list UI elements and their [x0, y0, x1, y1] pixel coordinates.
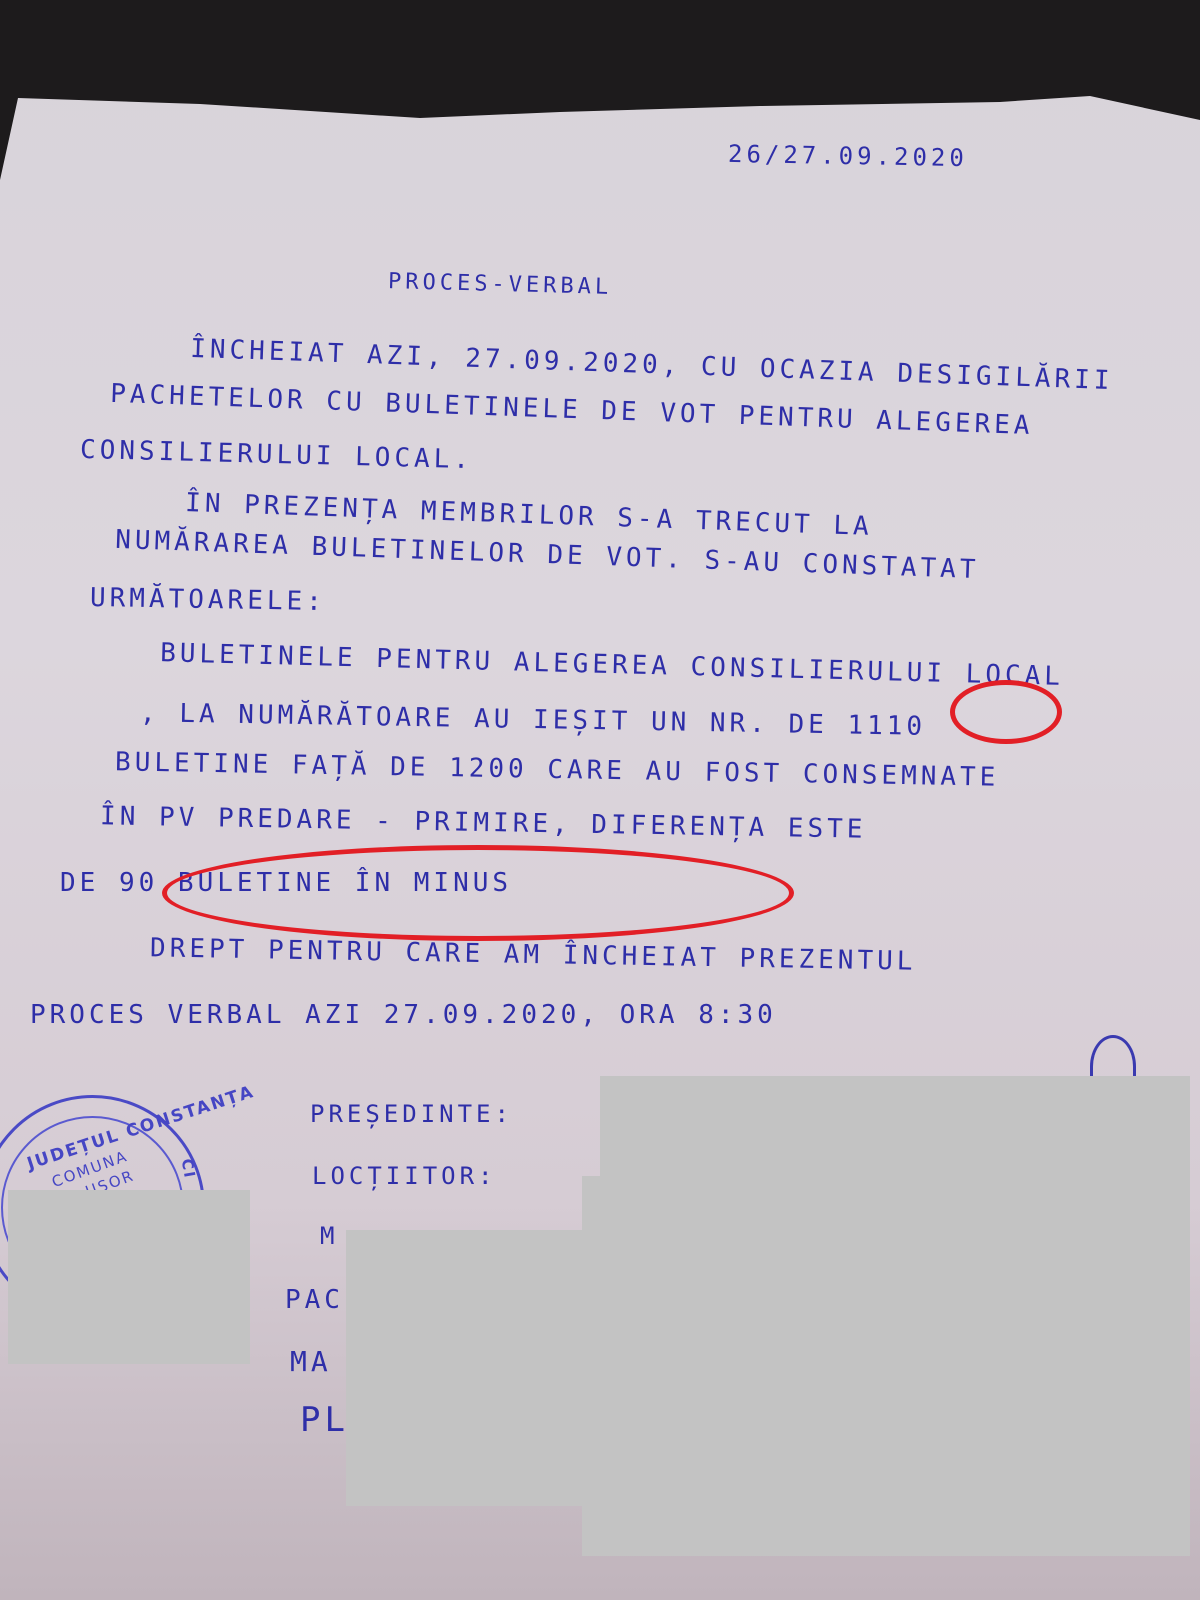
member-fragment-4: Pl	[300, 1400, 349, 1440]
document-date: 26/27.09.2020	[728, 140, 968, 172]
redaction-box	[582, 1176, 1190, 1556]
redaction-box	[600, 1076, 1190, 1178]
text-line-13: proces verbal azi 27.09.2020, ora 8:30	[30, 1000, 777, 1030]
president-label: Președinte:	[310, 1100, 513, 1128]
text-line-6: următoarele:	[90, 583, 326, 617]
member-fragment-1: M	[320, 1222, 338, 1250]
highlight-circle-count	[950, 680, 1062, 744]
member-fragment-3: MA	[290, 1345, 332, 1378]
member-fragment-2: Pac	[285, 1285, 344, 1315]
deputy-label: Locțiitor:	[312, 1162, 497, 1190]
redaction-box	[346, 1230, 586, 1506]
redaction-box	[8, 1190, 250, 1364]
highlight-circle-difference	[162, 845, 794, 941]
stamp-side-text: CI	[178, 1157, 199, 1180]
